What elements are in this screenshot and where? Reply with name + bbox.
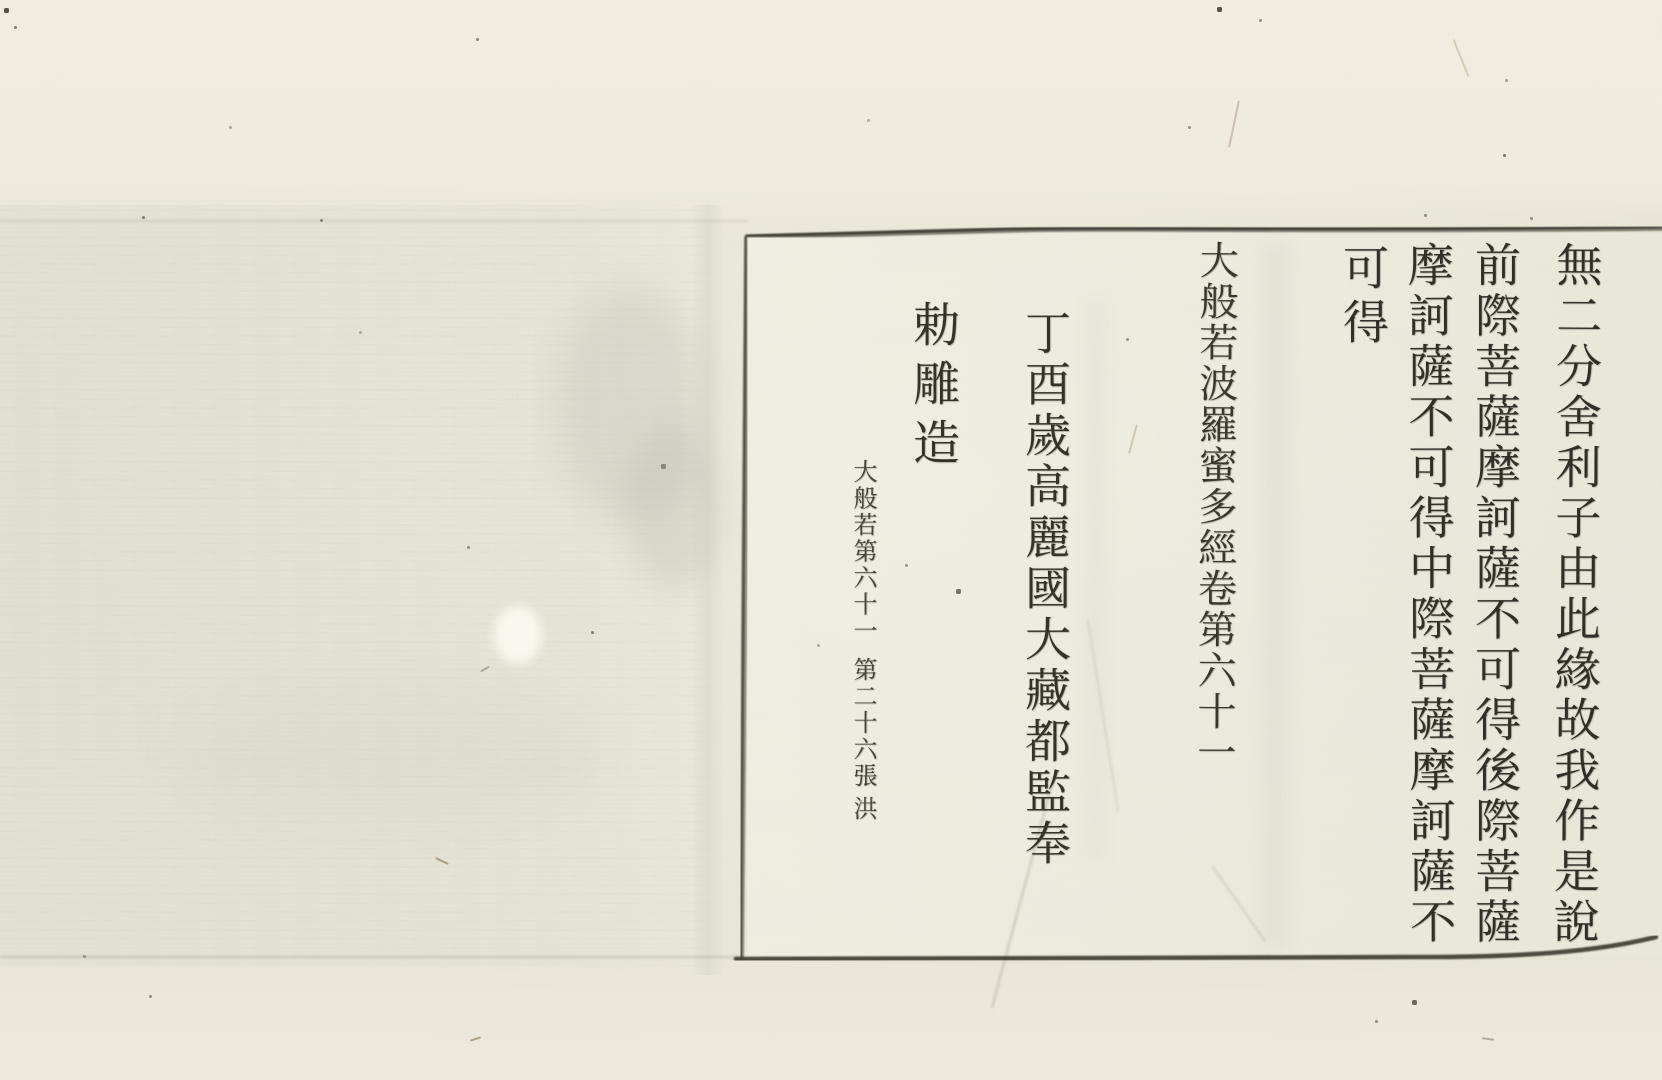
scroll-title-column: 大般若波羅蜜多經卷第六十一: [1185, 240, 1244, 773]
horizontal-fold-line: [0, 220, 748, 222]
sutra-text-column-3: 摩訶薩不可得中際菩薩摩訶薩不: [1395, 241, 1463, 948]
vertical-streak: [1086, 300, 1106, 860]
sheet-mark-engraver: 洪: [846, 796, 881, 823]
colophon-date-column: 丁酉歲高麗國大藏都監奉: [1012, 309, 1078, 870]
gray-stain: [626, 425, 721, 590]
paper-fiber: [470, 1036, 481, 1041]
paper-fiber: [480, 666, 490, 673]
paper-striations: [0, 200, 710, 970]
paper-crease: [1212, 866, 1266, 943]
horizontal-fold-line: [0, 956, 742, 958]
paper-bottom-band: [0, 955, 1662, 1080]
vertical-streak: [1262, 245, 1288, 945]
scanned-sutra-sheet: 無二分舍利子由此緣故我作是說 前際菩薩摩訶薩不可得後際菩薩 摩訶薩不可得中際菩薩…: [0, 0, 1662, 1080]
paper-left-tone: [0, 205, 720, 965]
left-border-line: [741, 237, 747, 957]
paper-fiber: [1482, 1037, 1494, 1041]
paper-fiber: [1128, 424, 1138, 453]
paper-top-band: [0, 0, 1662, 222]
sutra-text-column-1: 無二分舍利子由此緣故我作是說: [1540, 241, 1609, 948]
paper-crease: [1087, 619, 1119, 812]
sheet-mark-sheet-number: 第二十六張: [846, 657, 881, 790]
gray-stain: [180, 690, 600, 820]
paper-flaw-white-patch: [494, 606, 542, 664]
paper-fiber: [1453, 39, 1470, 77]
paper-fiber: [1228, 100, 1240, 147]
sutra-text-column-2: 前際菩薩摩訶薩不可得後際菩薩: [1462, 241, 1528, 948]
ink-specks: [0, 0, 1, 1]
paper-fiber: [435, 857, 449, 865]
gray-stain: [556, 286, 706, 521]
colophon-edict-column: 勅雕造: [899, 300, 966, 477]
sheet-edge-shading: [690, 205, 724, 975]
sheet-mark-volume: 大般若第六十一: [846, 459, 881, 645]
sutra-text-column-4: 可得: [1330, 244, 1396, 352]
top-border-line: [748, 228, 1662, 237]
